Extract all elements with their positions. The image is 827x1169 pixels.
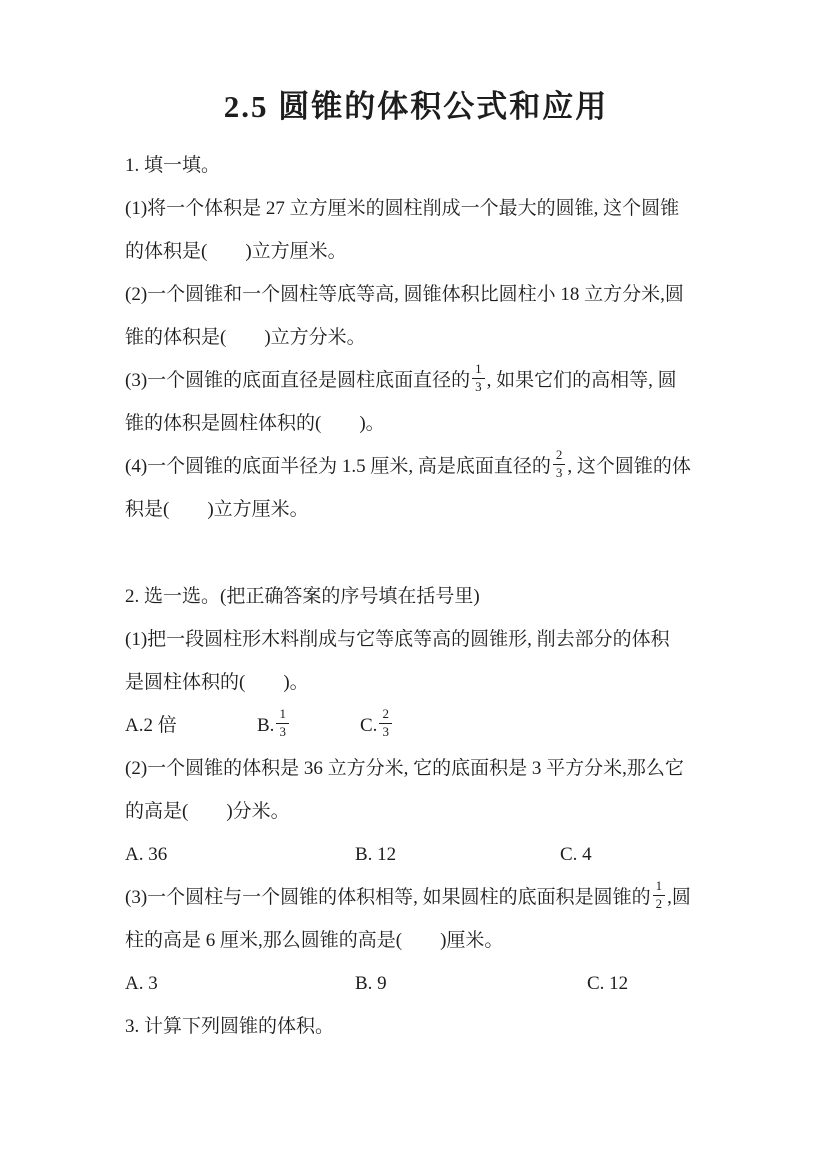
fraction-numerator: 1 <box>472 362 485 379</box>
option-b: B.13 <box>257 704 360 747</box>
choose-q3-line2: 柱的高是 6 厘米,那么圆锥的高是( )厘米。 <box>125 919 707 962</box>
fill-q3-text-pre: (3)一个圆锥的底面直径是圆柱底面直径的 <box>125 370 470 391</box>
page-title: 2.5 圆锥的体积公式和应用 <box>125 84 707 130</box>
fill-q3-text-post: , 如果它们的高相等, 圆 <box>487 370 677 391</box>
fraction-denominator: 3 <box>379 724 392 740</box>
choose-q3-line1: (3)一个圆柱与一个圆锥的体积相等, 如果圆柱的底面积是圆锥的12,圆 <box>125 876 707 919</box>
fill-q1-line2: 的体积是( )立方厘米。 <box>125 230 707 273</box>
option-c: C. 12 <box>587 962 628 1005</box>
worksheet-page: 2.5 圆锥的体积公式和应用 1. 填一填。 (1)将一个体积是 27 立方厘米… <box>0 0 827 1169</box>
fraction-numerator: 1 <box>653 879 666 896</box>
fraction-one-third: 13 <box>472 362 485 395</box>
fraction-one-third: 13 <box>276 707 289 740</box>
fraction-one-half: 12 <box>653 879 666 912</box>
option-c-label: C. <box>360 715 377 736</box>
fraction-numerator: 2 <box>553 448 566 465</box>
option-c: C.23 <box>360 704 394 747</box>
option-c: C. 4 <box>560 833 592 876</box>
fraction-denominator: 2 <box>653 896 666 912</box>
choose-q3-text-pre: (3)一个圆柱与一个圆锥的体积相等, 如果圆柱的底面积是圆锥的 <box>125 887 651 908</box>
option-a: A. 36 <box>125 833 355 876</box>
fill-q2-line2: 锥的体积是( )立方分米。 <box>125 316 707 359</box>
choose-q1-line1: (1)把一段圆柱形木料削成与它等底等高的圆锥形, 削去部分的体积 <box>125 618 707 661</box>
fraction-numerator: 2 <box>379 707 392 724</box>
choose-q3-options: A. 3 B. 9 C. 12 <box>125 962 707 1005</box>
fill-q3-line1: (3)一个圆锥的底面直径是圆柱底面直径的13, 如果它们的高相等, 圆 <box>125 359 707 402</box>
choose-q2-options: A. 36 B. 12 C. 4 <box>125 833 707 876</box>
fraction-denominator: 3 <box>472 379 485 395</box>
choose-q1-options: A.2 倍 B.13 C.23 <box>125 704 707 747</box>
fill-q4-text-post: , 这个圆锥的体 <box>567 456 691 477</box>
fraction-numerator: 1 <box>276 707 289 724</box>
fill-q1-line1: (1)将一个体积是 27 立方厘米的圆柱削成一个最大的圆锥, 这个圆锥 <box>125 187 707 230</box>
fraction-denominator: 3 <box>553 465 566 481</box>
fraction-two-thirds: 23 <box>553 448 566 481</box>
fill-q2-line1: (2)一个圆锥和一个圆柱等底等高, 圆锥体积比圆柱小 18 立方分米,圆 <box>125 273 707 316</box>
fill-q4-line2: 积是( )立方厘米。 <box>125 488 707 531</box>
choose-q3-text-post: ,圆 <box>667 887 691 908</box>
option-b-label: B. <box>257 715 274 736</box>
section3-heading: 3. 计算下列圆锥的体积。 <box>125 1005 707 1048</box>
fill-q4-text-pre: (4)一个圆锥的底面半径为 1.5 厘米, 高是底面直径的 <box>125 456 551 477</box>
choose-q2-line1: (2)一个圆锥的体积是 36 立方分米, 它的底面积是 3 平方分米,那么它 <box>125 747 707 790</box>
option-b: B. 12 <box>355 833 560 876</box>
fill-q3-line2: 锥的体积是圆柱体积的( )。 <box>125 402 707 445</box>
choose-q2-line2: 的高是( )分米。 <box>125 790 707 833</box>
option-a: A.2 倍 <box>125 704 257 747</box>
choose-q1-line2: 是圆柱体积的( )。 <box>125 661 707 704</box>
option-a: A. 3 <box>125 962 355 1005</box>
section1-heading: 1. 填一填。 <box>125 144 707 187</box>
fraction-two-thirds: 23 <box>379 707 392 740</box>
section2-heading: 2. 选一选。(把正确答案的序号填在括号里) <box>125 575 707 618</box>
fraction-denominator: 3 <box>276 724 289 740</box>
option-b: B. 9 <box>355 962 587 1005</box>
fill-q4-line1: (4)一个圆锥的底面半径为 1.5 厘米, 高是底面直径的23, 这个圆锥的体 <box>125 445 707 488</box>
